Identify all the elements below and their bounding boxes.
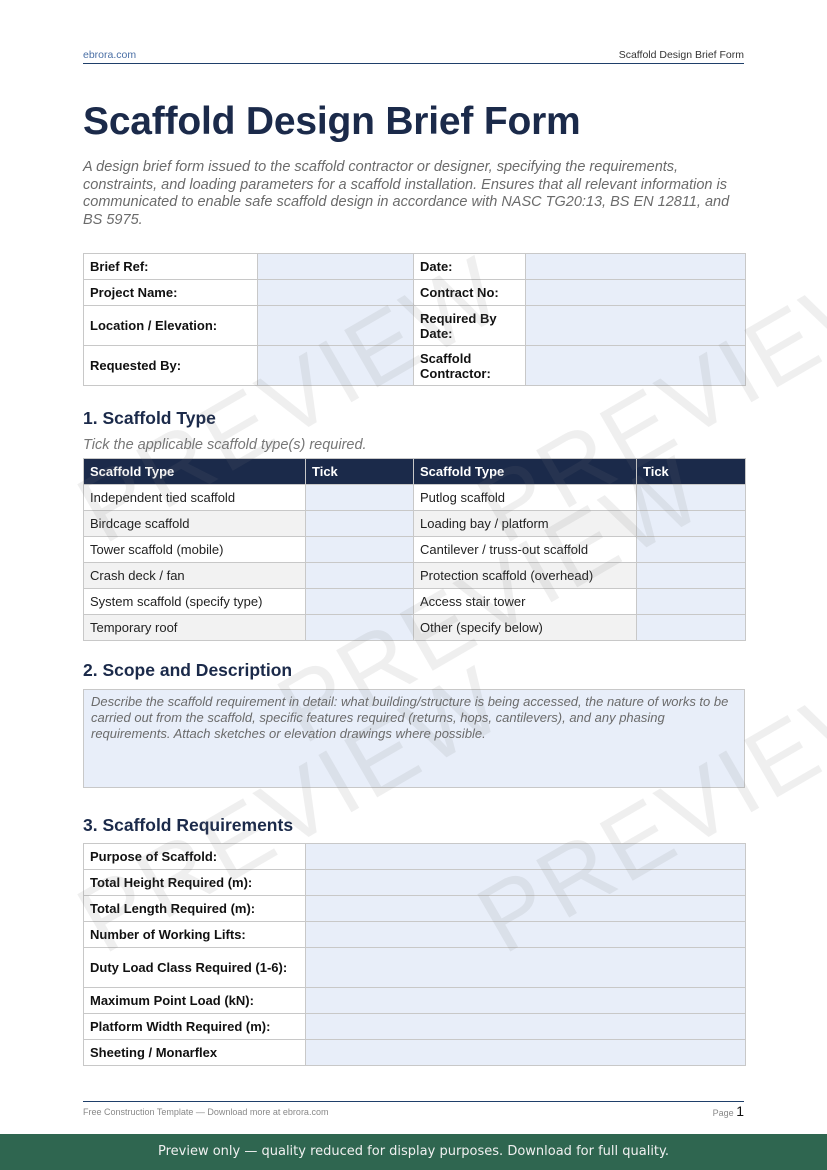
info-row: Project Name:Contract No: xyxy=(84,280,746,306)
requirement-row: Platform Width Required (m): xyxy=(84,1014,746,1040)
info-value-field[interactable] xyxy=(526,254,746,280)
info-label: Date: xyxy=(414,254,526,280)
requirement-row: Sheeting / Monarflex xyxy=(84,1040,746,1066)
requirement-value-field[interactable] xyxy=(306,988,746,1014)
tick-cell[interactable] xyxy=(306,485,414,511)
tick-cell[interactable] xyxy=(637,589,746,615)
info-row: Location / Elevation:Required By Date: xyxy=(84,306,746,346)
scaffold-type-label: Temporary roof xyxy=(84,615,306,641)
requirement-label: Total Height Required (m): xyxy=(84,870,306,896)
requirement-value-field[interactable] xyxy=(306,896,746,922)
requirement-label: Duty Load Class Required (1-6): xyxy=(84,948,306,988)
requirement-row: Total Length Required (m): xyxy=(84,896,746,922)
site-link[interactable]: ebrora.com xyxy=(83,49,136,61)
requirement-label: Number of Working Lifts: xyxy=(84,922,306,948)
section-3-heading: 3. Scaffold Requirements xyxy=(83,815,293,836)
scaffold-type-label: Loading bay / platform xyxy=(414,511,637,537)
page-header: ebrora.com Scaffold Design Brief Form xyxy=(83,48,744,64)
requirement-value-field[interactable] xyxy=(306,1014,746,1040)
info-label: Requested By: xyxy=(84,346,258,386)
scaffold-type-label: Cantilever / truss-out scaffold xyxy=(414,537,637,563)
page-indicator: Page 1 xyxy=(713,1103,744,1119)
table-row: Independent tied scaffoldPutlog scaffold xyxy=(84,485,746,511)
requirement-label: Maximum Point Load (kN): xyxy=(84,988,306,1014)
info-table: Brief Ref:Date:Project Name:Contract No:… xyxy=(83,253,746,386)
tick-cell[interactable] xyxy=(637,537,746,563)
requirement-row: Maximum Point Load (kN): xyxy=(84,988,746,1014)
requirement-value-field[interactable] xyxy=(306,1040,746,1066)
intro-text: A design brief form issued to the scaffo… xyxy=(83,159,745,229)
table-row: Temporary roofOther (specify below) xyxy=(84,615,746,641)
info-value-field[interactable] xyxy=(526,306,746,346)
info-label: Brief Ref: xyxy=(84,254,258,280)
footer-text: Free Construction Template — Download mo… xyxy=(83,1107,328,1117)
table-row: Tower scaffold (mobile)Cantilever / trus… xyxy=(84,537,746,563)
table-row: Crash deck / fanProtection scaffold (ove… xyxy=(84,563,746,589)
scaffold-type-label: Other (specify below) xyxy=(414,615,637,641)
column-header-tick: Tick xyxy=(637,459,746,485)
page-label: Page xyxy=(713,1108,734,1118)
tick-cell[interactable] xyxy=(306,511,414,537)
info-label: Required By Date: xyxy=(414,306,526,346)
scaffold-type-label: Access stair tower xyxy=(414,589,637,615)
scaffold-type-label: Tower scaffold (mobile) xyxy=(84,537,306,563)
table-row: Birdcage scaffoldLoading bay / platform xyxy=(84,511,746,537)
requirement-label: Purpose of Scaffold: xyxy=(84,844,306,870)
requirement-row: Purpose of Scaffold: xyxy=(84,844,746,870)
requirement-value-field[interactable] xyxy=(306,922,746,948)
column-header-scaffold-type: Scaffold Type xyxy=(414,459,637,485)
page-title: Scaffold Design Brief Form xyxy=(83,100,581,144)
info-row: Brief Ref:Date: xyxy=(84,254,746,280)
info-label: Location / Elevation: xyxy=(84,306,258,346)
info-label: Contract No: xyxy=(414,280,526,306)
info-label: Scaffold Contractor: xyxy=(414,346,526,386)
requirement-row: Total Height Required (m): xyxy=(84,870,746,896)
requirements-table: Purpose of Scaffold:Total Height Require… xyxy=(83,843,746,1066)
scaffold-type-label: Crash deck / fan xyxy=(84,563,306,589)
section-1-heading: 1. Scaffold Type xyxy=(83,408,216,429)
scaffold-type-label: Putlog scaffold xyxy=(414,485,637,511)
requirement-row: Number of Working Lifts: xyxy=(84,922,746,948)
info-value-field[interactable] xyxy=(258,346,414,386)
info-value-field[interactable] xyxy=(258,306,414,346)
info-value-field[interactable] xyxy=(258,280,414,306)
scaffold-type-table: Scaffold Type Tick Scaffold Type Tick In… xyxy=(83,458,746,641)
page-number: 1 xyxy=(736,1103,744,1119)
requirement-value-field[interactable] xyxy=(306,870,746,896)
tick-cell[interactable] xyxy=(637,485,746,511)
info-row: Requested By:Scaffold Contractor: xyxy=(84,346,746,386)
header-doc-title: Scaffold Design Brief Form xyxy=(619,49,744,61)
column-header-tick: Tick xyxy=(306,459,414,485)
scope-description-field[interactable]: Describe the scaffold requirement in det… xyxy=(83,689,745,788)
tick-cell[interactable] xyxy=(637,563,746,589)
table-row: System scaffold (specify type)Access sta… xyxy=(84,589,746,615)
section-2-heading: 2. Scope and Description xyxy=(83,660,292,681)
preview-banner: Preview only — quality reduced for displ… xyxy=(0,1134,827,1170)
scaffold-type-label: System scaffold (specify type) xyxy=(84,589,306,615)
tick-cell[interactable] xyxy=(637,615,746,641)
column-header-scaffold-type: Scaffold Type xyxy=(84,459,306,485)
info-value-field[interactable] xyxy=(258,254,414,280)
info-value-field[interactable] xyxy=(526,346,746,386)
requirement-label: Platform Width Required (m): xyxy=(84,1014,306,1040)
requirement-label: Total Length Required (m): xyxy=(84,896,306,922)
tick-cell[interactable] xyxy=(306,589,414,615)
requirement-value-field[interactable] xyxy=(306,948,746,988)
tick-cell[interactable] xyxy=(637,511,746,537)
tick-cell[interactable] xyxy=(306,537,414,563)
requirement-value-field[interactable] xyxy=(306,844,746,870)
scaffold-type-label: Independent tied scaffold xyxy=(84,485,306,511)
tick-cell[interactable] xyxy=(306,563,414,589)
info-label: Project Name: xyxy=(84,280,258,306)
page-footer: Free Construction Template — Download mo… xyxy=(83,1101,744,1122)
scaffold-type-label: Protection scaffold (overhead) xyxy=(414,563,637,589)
info-value-field[interactable] xyxy=(526,280,746,306)
requirement-label: Sheeting / Monarflex xyxy=(84,1040,306,1066)
section-1-note: Tick the applicable scaffold type(s) req… xyxy=(83,437,367,453)
scaffold-type-label: Birdcage scaffold xyxy=(84,511,306,537)
requirement-row: Duty Load Class Required (1-6): xyxy=(84,948,746,988)
tick-cell[interactable] xyxy=(306,615,414,641)
